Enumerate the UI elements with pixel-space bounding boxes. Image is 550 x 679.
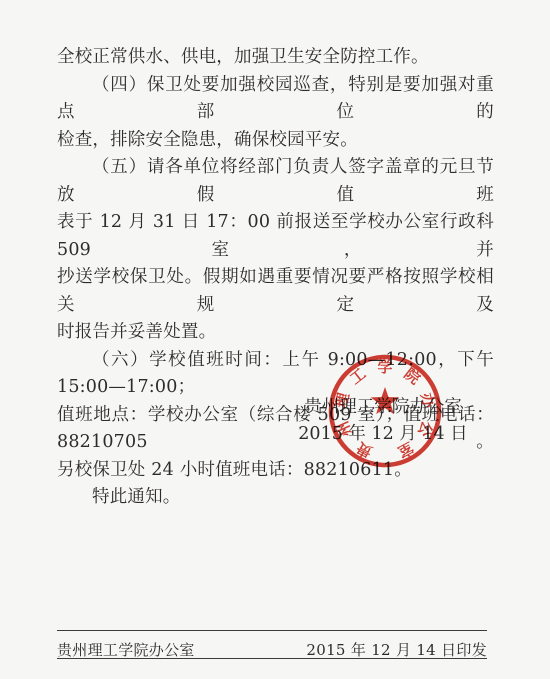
footer-print-date: 2015 年 12 月 14 日印发 — [306, 639, 487, 660]
body-line: 抄送学校保卫处。假期如遇重要情况要严格按照学校相关规定及 — [57, 264, 494, 319]
signature-block: 贵州理工学院办公室 2015 年 12 月 14 日 — [283, 394, 483, 448]
document-page: 全校正常供水、供电，加强卫生安全防控工作。（四）保卫处要加强校园巡查，特别是要加… — [0, 0, 550, 679]
body-line: （五）请各单位将经部门负责人签字盖章的元旦节放假值班 — [57, 154, 494, 209]
body-line: （四）保卫处要加强校园巡查，特别是要加强对重点部位的 — [57, 72, 494, 127]
body-line: 检查，排除安全隐患，确保校园平安。 — [57, 127, 494, 155]
footer-rule-top — [57, 630, 487, 631]
signature-org: 贵州理工学院办公室 — [283, 394, 483, 421]
signature-date: 2015 年 12 月 14 日 — [283, 421, 483, 448]
body-line: 全校正常供水、供电，加强卫生安全防控工作。 — [57, 44, 494, 72]
footer-row: 贵州理工学院办公室 2015 年 12 月 14 日印发 — [57, 639, 487, 660]
body-line: 时报告并妥善处置。 — [57, 319, 494, 347]
body-line: 另校保卫处 24 小时值班电话：88210611。 — [57, 457, 494, 485]
footer-issuing-office: 贵州理工学院办公室 — [57, 639, 195, 660]
body-line: 表于 12 月 31 日 17：00 前报送至学校办公室行政科 509 室，并 — [57, 209, 494, 264]
body-line: 特此通知。 — [57, 484, 494, 512]
footer-rule-bottom — [57, 658, 487, 659]
